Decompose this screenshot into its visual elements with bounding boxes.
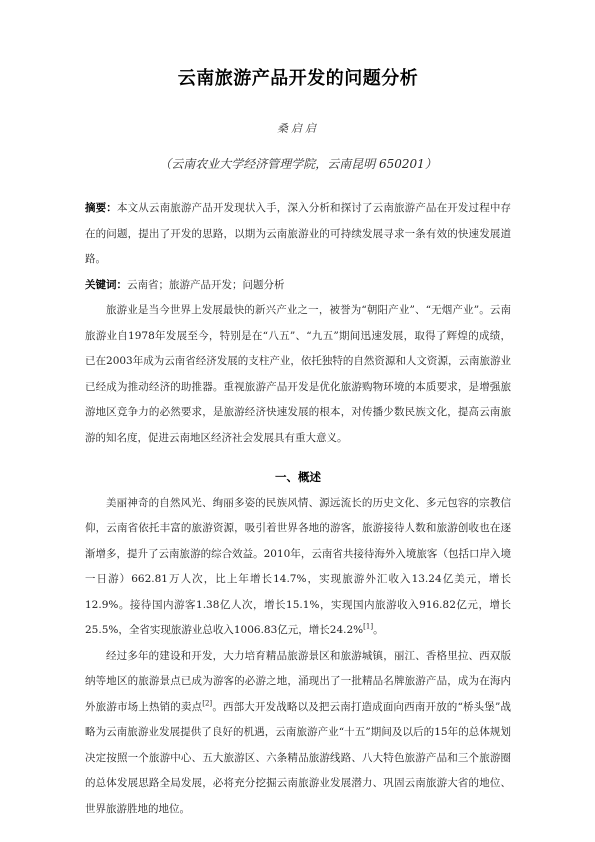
paper-page: 云南旅游产品开发的问题分析 桑启启 （云南农业大学经济管理学院，云南昆明 650… xyxy=(0,0,595,842)
intro-paragraph: 旅游业是当今世界上发展最快的新兴产业之一，被誉为“朝阳产业”、“无烟产业”。云南… xyxy=(85,298,511,451)
overview-paragraph-2: 经过多年的建设和开发，大力培育精品旅游景区和旅游城镇，丽江、香格里拉、西双版纳等… xyxy=(85,644,511,823)
overview-paragraph-2-tail: 。西部大开发战略以及把云南打造成面向西南开放的“桥头堡”战略为云南旅游业发展提供… xyxy=(85,701,511,815)
keywords-label: 关键词： xyxy=(85,279,127,291)
citation-ref-1: [1] xyxy=(363,623,373,631)
abstract-block: 摘要：本文从云南旅游产品开发现状入手，深入分析和探讨了云南旅游产品在开发过程中存… xyxy=(85,196,511,273)
overview-paragraph-1: 美丽神奇的自然风光、绚丽多姿的民族风情、源远流长的历史文化、多元包容的宗教信仰，… xyxy=(85,491,511,644)
overview-paragraph-1-tail: 。 xyxy=(373,624,384,636)
abstract-label: 摘要： xyxy=(85,202,117,214)
abstract-text: 本文从云南旅游产品开发现状入手，深入分析和探讨了云南旅游产品在开发过程中存在的问… xyxy=(85,202,511,265)
author-affiliation: （云南农业大学经济管理学院，云南昆明 650201） xyxy=(85,156,511,172)
keywords-block: 关键词：云南省；旅游产品开发；问题分析 xyxy=(85,273,511,299)
citation-ref-2: [2] xyxy=(202,699,212,707)
section-heading-overview: 一、概述 xyxy=(85,465,511,491)
paper-title: 云南旅游产品开发的问题分析 xyxy=(85,66,511,92)
author-name: 桑启启 xyxy=(85,122,511,136)
overview-paragraph-1-text: 美丽神奇的自然风光、绚丽多姿的民族风情、源远流长的历史文化、多元包容的宗教信仰，… xyxy=(85,497,511,637)
keywords-text: 云南省；旅游产品开发；问题分析 xyxy=(127,279,285,291)
